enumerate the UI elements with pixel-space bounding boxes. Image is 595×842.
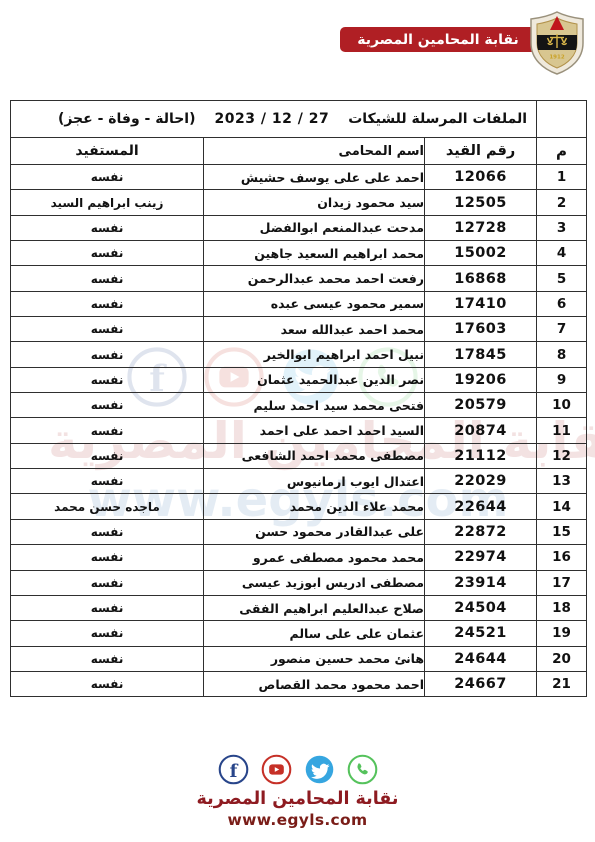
row-serial: 3 (537, 215, 587, 240)
table-row: 21 24667 احمد محمود محمد القصاص نفسه (11, 671, 587, 696)
facebook-icon: f (218, 754, 249, 785)
table-row: 7 17603 محمد احمد عبدالله سعد نفسه (11, 317, 587, 342)
row-serial: 4 (537, 241, 587, 266)
twitter-icon (304, 754, 335, 785)
row-lawyer-name: سمير محمود عيسى عبده (204, 291, 425, 316)
row-lawyer-name: سيد محمود زيدان (204, 190, 425, 215)
row-registration-number: 20874 (425, 418, 537, 443)
table-row: 9 19206 نصر الدين عبدالحميد عثمان نفسه (11, 367, 587, 392)
row-registration-number: 22974 (425, 545, 537, 570)
footer-social-icons: f (0, 754, 595, 786)
row-serial: 14 (537, 494, 587, 519)
sent-files-table: الملفات المرسلة للشيكات 27 / 12 / 2023 (… (10, 100, 587, 697)
row-lawyer-name: محمد ابراهيم السعيد جاهين (204, 241, 425, 266)
row-beneficiary: نفسه (11, 570, 204, 595)
row-lawyer-name: رفعت احمد محمد عبدالرحمن (204, 266, 425, 291)
row-serial: 8 (537, 342, 587, 367)
row-serial: 16 (537, 545, 587, 570)
table-row: 8 17845 نبيل احمد ابراهيم ابوالخير نفسه (11, 342, 587, 367)
row-serial: 15 (537, 519, 587, 544)
row-serial: 10 (537, 393, 587, 418)
row-beneficiary: زينب ابراهيم السيد (11, 190, 204, 215)
row-beneficiary: نفسه (11, 241, 204, 266)
row-registration-number: 22029 (425, 469, 537, 494)
footer-url-text: www.egyls.com (0, 811, 595, 829)
row-beneficiary: نفسه (11, 545, 204, 570)
row-lawyer-name: فتحى محمد سيد احمد سليم (204, 393, 425, 418)
table-row: 14 22644 محمد علاء الدين محمد ماجده حسن … (11, 494, 587, 519)
table-header-row: م رقم القيد اسم المحامى المستفيد (11, 138, 587, 165)
row-beneficiary: نفسه (11, 646, 204, 671)
row-registration-number: 24644 (425, 646, 537, 671)
row-registration-number: 23914 (425, 570, 537, 595)
row-beneficiary: نفسه (11, 519, 204, 544)
row-serial: 7 (537, 317, 587, 342)
document-title: الملفات المرسلة للشيكات 27 / 12 / 2023 (… (11, 111, 536, 127)
row-lawyer-name: مدحت عبدالمنعم ابوالفضل (204, 215, 425, 240)
row-lawyer-name: محمد احمد عبدالله سعد (204, 317, 425, 342)
row-beneficiary: نفسه (11, 393, 204, 418)
row-registration-number: 17845 (425, 342, 537, 367)
row-registration-number: 24667 (425, 671, 537, 696)
row-beneficiary: نفسه (11, 418, 204, 443)
row-beneficiary: نفسه (11, 317, 204, 342)
table-row: 19 24521 عثمان على على سالم نفسه (11, 621, 587, 646)
bar-association-emblem-icon: 1912 (527, 11, 587, 75)
row-registration-number: 17410 (425, 291, 537, 316)
title-note: (احالة - وفاة - عجز) (58, 111, 196, 127)
title-cell: الملفات المرسلة للشيكات 27 / 12 / 2023 (… (11, 101, 537, 138)
row-registration-number: 12066 (425, 165, 537, 190)
table-row: 13 22029 اعتدال ايوب ارمانيوس نفسه (11, 469, 587, 494)
row-beneficiary: نفسه (11, 266, 204, 291)
row-registration-number: 22872 (425, 519, 537, 544)
table-row: 1 12066 احمد على على يوسف حشيش نفسه (11, 165, 587, 190)
row-serial: 1 (537, 165, 587, 190)
table-row: 4 15002 محمد ابراهيم السعيد جاهين نفسه (11, 241, 587, 266)
row-lawyer-name: صلاح عبدالعليم ابراهيم الفقى (204, 595, 425, 620)
table-row: 11 20874 السيد احمد احمد على احمد نفسه (11, 418, 587, 443)
title-date: 27 / 12 / 2023 (215, 111, 330, 127)
row-beneficiary: نفسه (11, 671, 204, 696)
row-beneficiary: نفسه (11, 215, 204, 240)
table-row: 16 22974 محمد محمود مصطفى عمرو نفسه (11, 545, 587, 570)
footer-brand-text: نقابة المحامين المصرية (0, 789, 595, 811)
table-row: 12 21112 مصطفى محمد احمد الشافعى نفسه (11, 443, 587, 468)
row-lawyer-name: احمد محمود محمد القصاص (204, 671, 425, 696)
row-serial: 5 (537, 266, 587, 291)
row-serial: 11 (537, 418, 587, 443)
row-serial: 6 (537, 291, 587, 316)
row-lawyer-name: على عبدالقادر محمود حسن (204, 519, 425, 544)
column-header-serial: م (537, 138, 587, 165)
row-beneficiary: نفسه (11, 291, 204, 316)
row-lawyer-name: محمد محمود مصطفى عمرو (204, 545, 425, 570)
scanned-document-page: f نقابة المحامين المصرية www.egyls.com ن… (0, 0, 595, 842)
row-lawyer-name: هانئ محمد حسين منصور (204, 646, 425, 671)
table-row: 10 20579 فتحى محمد سيد احمد سليم نفسه (11, 393, 587, 418)
row-registration-number: 16868 (425, 266, 537, 291)
row-lawyer-name: نبيل احمد ابراهيم ابوالخير (204, 342, 425, 367)
row-lawyer-name: نصر الدين عبدالحميد عثمان (204, 367, 425, 392)
column-header-beneficiary: المستفيد (11, 138, 204, 165)
row-registration-number: 19206 (425, 367, 537, 392)
row-registration-number: 20579 (425, 393, 537, 418)
row-lawyer-name: عثمان على على سالم (204, 621, 425, 646)
table-title-row: الملفات المرسلة للشيكات 27 / 12 / 2023 (… (11, 101, 587, 138)
row-beneficiary: نفسه (11, 165, 204, 190)
row-registration-number: 15002 (425, 241, 537, 266)
table-row: 5 16868 رفعت احمد محمد عبدالرحمن نفسه (11, 266, 587, 291)
row-beneficiary: نفسه (11, 595, 204, 620)
header-banner-title: نقابة المحامين المصرية (357, 32, 545, 48)
row-beneficiary: نفسه (11, 342, 204, 367)
row-serial: 20 (537, 646, 587, 671)
table-row: 3 12728 مدحت عبدالمنعم ابوالفضل نفسه (11, 215, 587, 240)
whatsapp-icon (347, 754, 378, 785)
row-lawyer-name: محمد علاء الدين محمد (204, 494, 425, 519)
row-lawyer-name: اعتدال ايوب ارمانيوس (204, 469, 425, 494)
row-serial: 17 (537, 570, 587, 595)
table-row: 2 12505 سيد محمود زيدان زينب ابراهيم الس… (11, 190, 587, 215)
table-row: 15 22872 على عبدالقادر محمود حسن نفسه (11, 519, 587, 544)
footer: f نقابة المحامين المصرية www.egyls.com (0, 754, 595, 829)
row-beneficiary: نفسه (11, 443, 204, 468)
row-lawyer-name: احمد على على يوسف حشيش (204, 165, 425, 190)
row-registration-number: 24504 (425, 595, 537, 620)
row-serial: 13 (537, 469, 587, 494)
row-beneficiary: ماجده حسن محمد (11, 494, 204, 519)
row-serial: 9 (537, 367, 587, 392)
table-row: 17 23914 مصطفى ادريس ابوزيد عيسى نفسه (11, 570, 587, 595)
youtube-icon (261, 754, 292, 785)
row-serial: 12 (537, 443, 587, 468)
table-row: 6 17410 سمير محمود عيسى عبده نفسه (11, 291, 587, 316)
title-row-spacer-cell (537, 101, 587, 138)
row-lawyer-name: مصطفى ادريس ابوزيد عيسى (204, 570, 425, 595)
column-header-lawyer-name: اسم المحامى (204, 138, 425, 165)
title-label: الملفات المرسلة للشيكات (348, 111, 527, 127)
row-registration-number: 21112 (425, 443, 537, 468)
row-serial: 21 (537, 671, 587, 696)
column-header-registration: رقم القيد (425, 138, 537, 165)
table-row: 20 24644 هانئ محمد حسين منصور نفسه (11, 646, 587, 671)
svg-text:f: f (229, 761, 238, 782)
row-serial: 19 (537, 621, 587, 646)
row-serial: 18 (537, 595, 587, 620)
row-lawyer-name: مصطفى محمد احمد الشافعى (204, 443, 425, 468)
row-beneficiary: نفسه (11, 621, 204, 646)
emblem-year: 1912 (549, 55, 564, 61)
row-beneficiary: نفسه (11, 367, 204, 392)
row-registration-number: 12505 (425, 190, 537, 215)
row-registration-number: 17603 (425, 317, 537, 342)
row-serial: 2 (537, 190, 587, 215)
row-registration-number: 24521 (425, 621, 537, 646)
row-beneficiary: نفسه (11, 469, 204, 494)
row-registration-number: 12728 (425, 215, 537, 240)
table-row: 18 24504 صلاح عبدالعليم ابراهيم الفقى نف… (11, 595, 587, 620)
row-lawyer-name: السيد احمد احمد على احمد (204, 418, 425, 443)
row-registration-number: 22644 (425, 494, 537, 519)
